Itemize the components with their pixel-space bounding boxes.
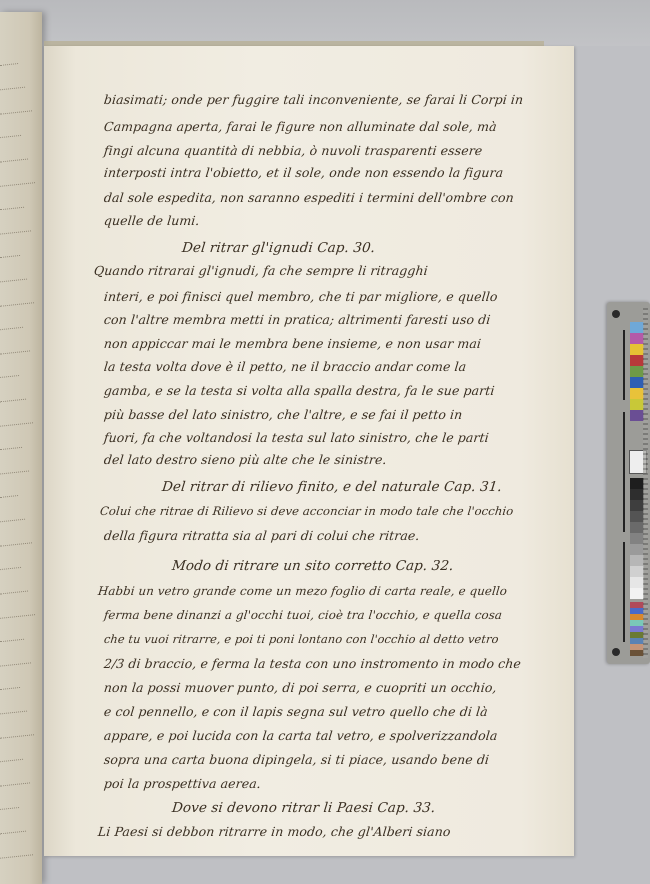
text-line: non la possi muover punto, di poi serra,… — [103, 680, 497, 695]
text-line: interposti intra l'obietto, et il sole, … — [103, 165, 504, 180]
color-swatch — [630, 522, 644, 533]
text-line: la testa volta dove è il petto, ne il br… — [103, 359, 467, 374]
text-line: Habbi un vetro grande come un mezo fogli… — [97, 584, 507, 598]
scan-background — [0, 0, 650, 46]
text-line: fuori, fa che voltandosi la testa sul la… — [103, 430, 489, 445]
faint-handwriting — [0, 397, 26, 403]
scale-bar — [623, 412, 625, 532]
faint-handwriting — [0, 468, 29, 474]
color-swatch — [630, 355, 644, 366]
faint-handwriting — [0, 829, 26, 835]
text-line: non appiccar mai le membra bene insieme,… — [103, 336, 482, 351]
text-line: più basse del lato sinistro, che l'altre… — [103, 407, 463, 422]
left-facing-page — [0, 12, 42, 884]
text-line: poi la prospettiva aerea. — [103, 776, 261, 791]
text-line: fingi alcuna quantità di nebbia, ò nuvol… — [103, 143, 483, 158]
faint-handwriting — [0, 420, 33, 426]
color-swatch — [630, 366, 644, 377]
faint-handwriting — [0, 852, 33, 858]
color-swatch — [630, 489, 644, 500]
color-swatch — [630, 511, 644, 522]
text-line: con l'altre membra metti in pratica; alt… — [103, 312, 491, 327]
color-swatch — [630, 322, 644, 333]
color-swatch — [630, 588, 644, 599]
text-line: sopra una carta buona dipingela, si ti p… — [103, 752, 490, 767]
text-line: appare, e poi lucida con la carta tal ve… — [103, 728, 498, 743]
faint-handwriting — [0, 805, 19, 810]
faint-handwriting — [0, 685, 20, 690]
faint-handwriting — [0, 612, 35, 619]
faint-handwriting — [0, 445, 22, 450]
color-swatch — [630, 388, 644, 399]
color-swatch — [630, 478, 644, 489]
color-calibration-target — [607, 302, 650, 664]
text-line: dal sole espedita, non saranno espediti … — [103, 190, 514, 205]
chapter-heading-30: Del ritrar gl'ignudi Cap. 30. — [181, 240, 376, 256]
color-swatch — [630, 577, 644, 588]
text-line: Campagna aperta, farai le figure non all… — [103, 119, 497, 134]
text-line: quelle de lumi. — [103, 213, 200, 228]
scale-bar — [623, 330, 625, 400]
faint-handwriting — [0, 108, 32, 114]
text-line: Quando ritrarai gl'ignudi, fa che sempre… — [93, 263, 428, 278]
faint-handwriting — [0, 780, 30, 786]
faint-handwriting — [0, 757, 23, 762]
faint-handwriting — [0, 540, 32, 546]
faint-handwriting — [0, 637, 24, 642]
text-line: del lato destro sieno più alte che le si… — [103, 452, 387, 467]
text-line: biasimati; onde per fuggire tali inconve… — [103, 92, 524, 107]
text-line: interi, e poi finisci quel membro, che t… — [103, 289, 498, 304]
faint-handwriting — [0, 325, 23, 330]
chapter-heading-31: Del ritrar di rilievo finito, e del natu… — [161, 479, 503, 495]
scale-bar — [623, 542, 625, 642]
color-swatch — [630, 566, 644, 577]
faint-handwriting — [0, 85, 25, 91]
faint-handwriting — [0, 348, 30, 354]
faint-handwriting — [0, 373, 19, 378]
text-line: che tu vuoi ritrarre, e poi ti poni lont… — [103, 632, 499, 646]
gray-scale-swatches — [630, 478, 644, 599]
color-swatch — [630, 544, 644, 555]
faint-handwriting — [0, 228, 31, 234]
color-swatch — [630, 650, 644, 656]
color-swatch — [630, 377, 644, 388]
text-line: della figura ritratta sia al pari di col… — [103, 528, 420, 543]
faint-handwriting — [0, 565, 21, 570]
color-swatch — [630, 500, 644, 511]
text-line: Colui che ritrae di Rilievo si deve acco… — [99, 504, 514, 518]
chapter-heading-32: Modo di ritrare un sito corretto Cap. 32… — [171, 558, 454, 574]
faint-handwriting — [0, 133, 21, 138]
color-swatch — [630, 344, 644, 355]
text-line: e col pennello, e con il lapis segna sul… — [103, 704, 488, 719]
faint-handwriting — [0, 517, 25, 523]
color-swatch — [630, 333, 644, 344]
faint-handwriting — [0, 660, 31, 666]
faint-handwriting — [0, 205, 24, 210]
text-line: Li Paesi si debbon ritrarre in modo, che… — [97, 824, 451, 839]
faint-handwriting — [0, 589, 28, 595]
faint-handwriting — [0, 180, 35, 187]
faint-handwriting — [0, 493, 18, 498]
color-swatches-top — [630, 322, 644, 421]
faint-handwriting — [0, 732, 34, 739]
chapter-heading-33: Dove si devono ritrar li Paesi Cap. 33. — [171, 800, 436, 816]
color-swatch — [630, 410, 644, 421]
color-swatch — [630, 533, 644, 544]
color-swatches-bottom — [630, 602, 644, 656]
target-printed-labels — [643, 308, 648, 658]
target-hole — [612, 310, 620, 318]
faint-handwriting — [0, 709, 27, 715]
faint-handwriting — [0, 300, 34, 307]
target-hole — [612, 648, 620, 656]
faint-handwriting — [0, 253, 20, 258]
faint-handwriting — [0, 61, 18, 66]
faint-handwriting — [0, 277, 27, 283]
color-swatch — [630, 555, 644, 566]
text-line: gamba, e se la testa si volta alla spall… — [103, 383, 495, 398]
text-line: 2/3 di braccio, e ferma la testa con uno… — [103, 656, 522, 671]
text-line: ferma bene dinanzi a gl'occhi tuoi, cioè… — [103, 608, 503, 622]
color-swatch — [630, 399, 644, 410]
faint-handwriting — [0, 157, 28, 163]
